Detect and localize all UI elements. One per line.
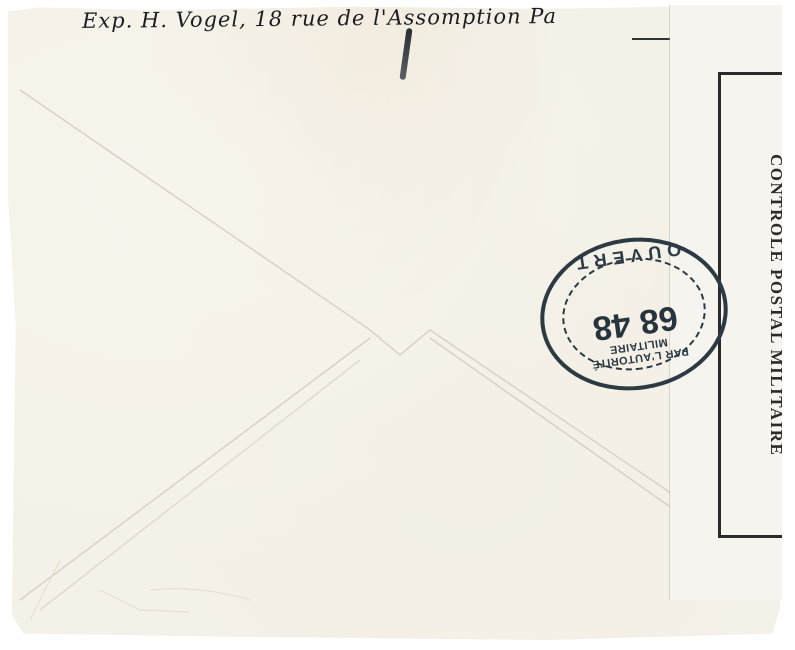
censor-tape-label: CONTROLE POSTAL MILITAIRE bbox=[756, 100, 786, 510]
censor-handstamp: PAR L'AUTORITÉ MILITAIRE 68 48 OUVERT bbox=[530, 226, 737, 403]
handwriting-underline bbox=[632, 38, 672, 40]
